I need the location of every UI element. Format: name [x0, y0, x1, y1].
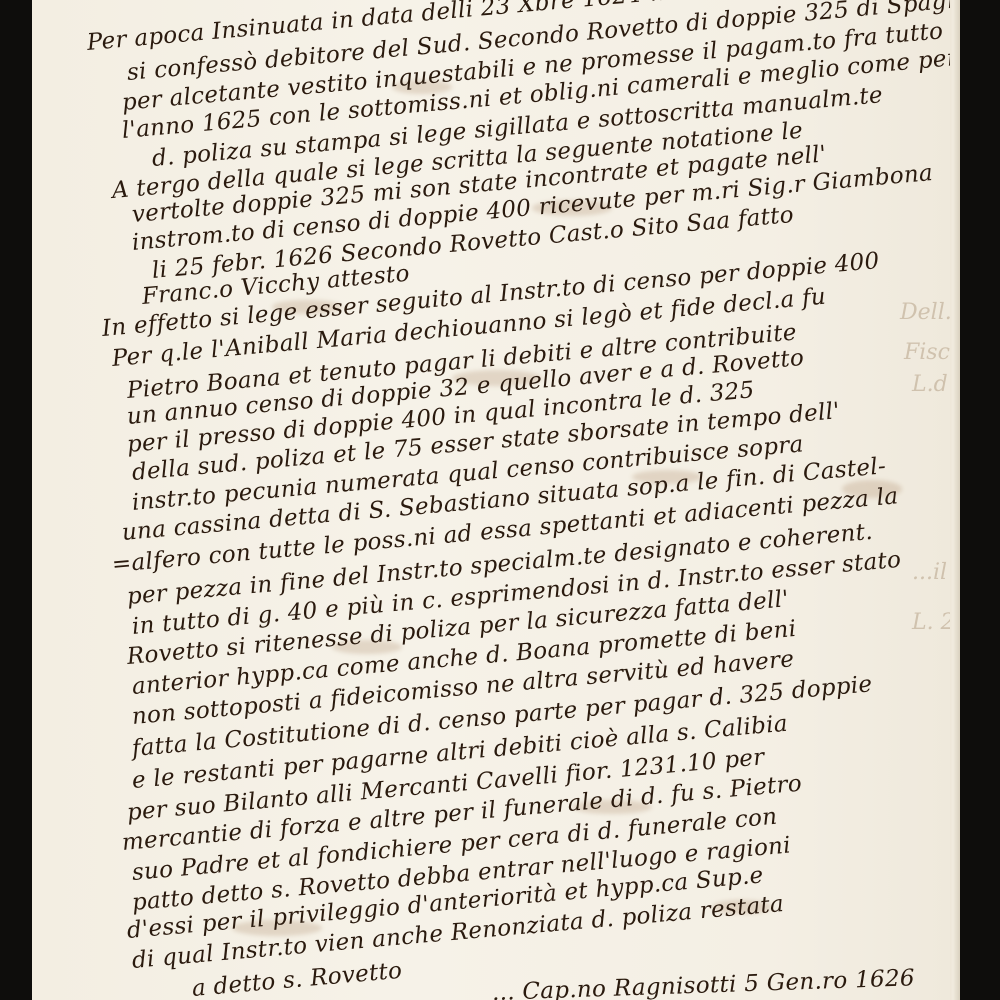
- scan-frame: Dell... Fiscali L.d ...il L. 2i Per apoc…: [0, 0, 1000, 1000]
- margin-note: L. 2i: [912, 610, 950, 635]
- manuscript-line: ... Cap.no Ragnisotti 5 Gen.ro 1626: [492, 965, 916, 1000]
- margin-note: ...il: [912, 560, 947, 585]
- margin-note: L.d: [912, 372, 948, 397]
- manuscript-page: Dell... Fiscali L.d ...il L. 2i Per apoc…: [32, 0, 950, 1000]
- margin-note: Dell...: [900, 300, 950, 325]
- margin-note: Fiscali: [904, 340, 950, 365]
